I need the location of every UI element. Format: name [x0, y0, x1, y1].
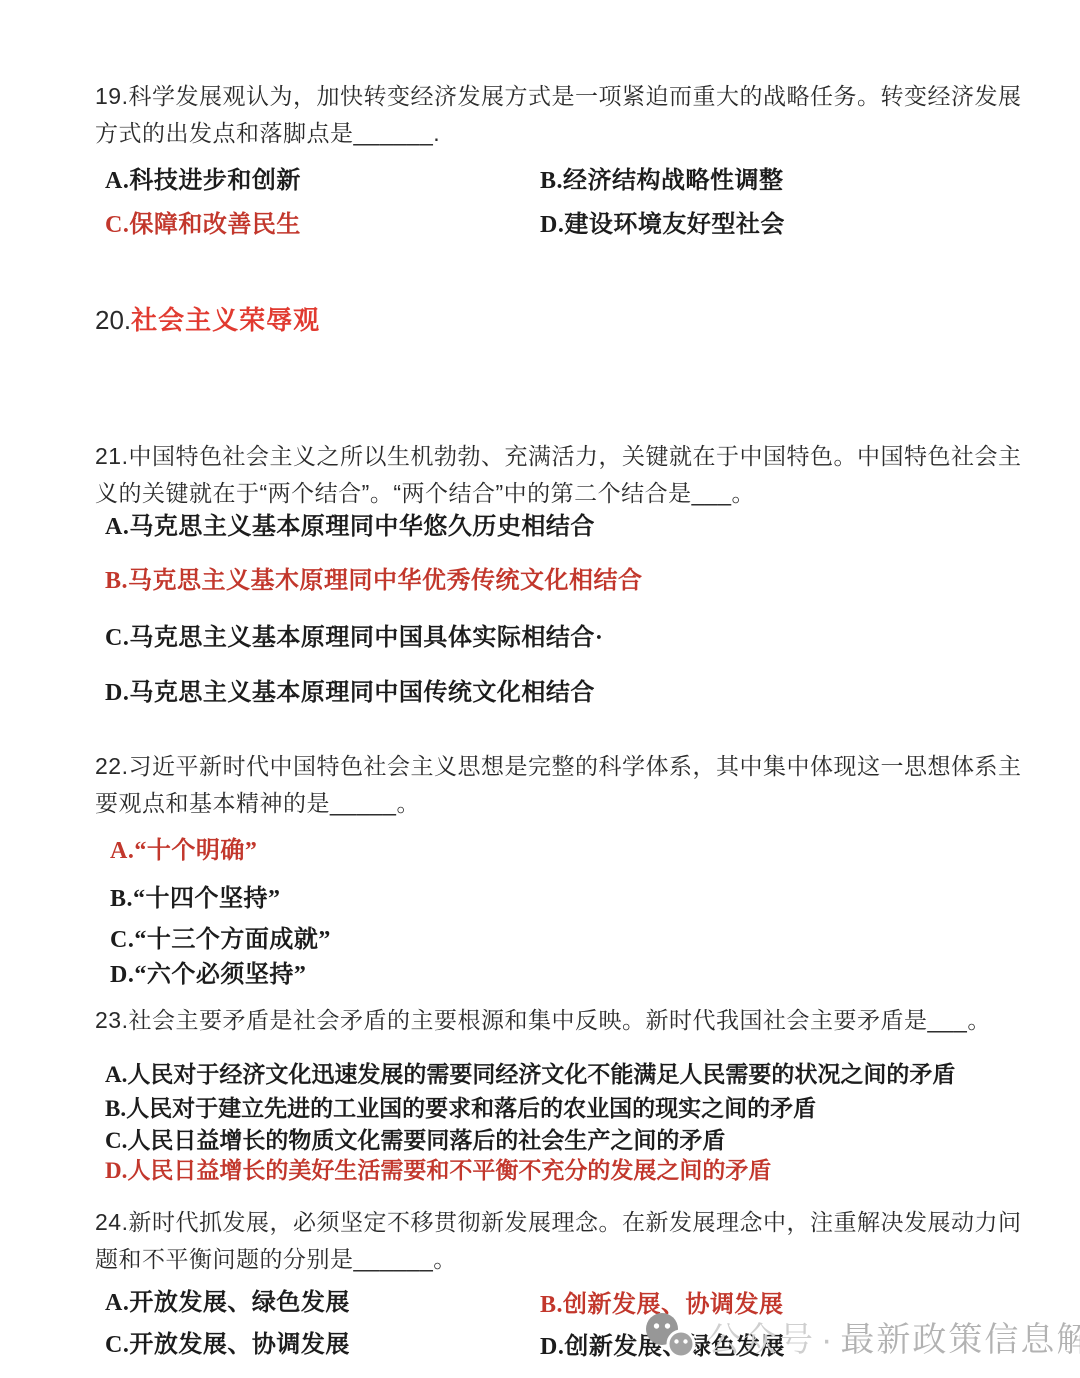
question-21-option-c: C.马克思主义基本原理同中国具体实际相结合· — [105, 623, 603, 653]
question-22-stem: 22.习近平新时代中国特色社会主义思想是完整的科学体系，其中集中体现这一思想体系… — [95, 748, 1025, 822]
question-24-stem: 24.新时代抓发展，必须坚定不移贯彻新发展理念。在新发展理念中，注重解决发展动力… — [95, 1204, 1025, 1278]
question-23-option-b: B.人民对于建立先进的工业国的要求和落后的农业国的现实之间的矛盾 — [105, 1094, 816, 1124]
question-21-option-a: A.马克思主义基本原理同中华悠久历史相结合 — [105, 512, 595, 542]
question-20-heading: 20.社会主义荣辱观 — [95, 300, 320, 337]
question-20-number: 20. — [95, 305, 131, 335]
question-23-option-a: A.人民对于经济文化迅速发展的需要同经济文化不能满足人民需要的状况之间的矛盾 — [105, 1060, 955, 1090]
question-19-option-c-correct: C.保障和改善民生 — [105, 210, 301, 240]
question-22-option-b: B.“十四个坚持” — [110, 884, 281, 914]
watermark-channel-name: 最新政策信息解读 — [840, 1321, 1080, 1359]
question-24-option-c: C.开放发展、协调发展 — [105, 1330, 350, 1360]
wechat-icon — [645, 1313, 697, 1361]
question-23-option-d-correct: D.人民日益增长的美好生活需要和不平衡不充分的发展之间的矛盾 — [105, 1156, 771, 1186]
question-22-option-a-correct: A.“十个明确” — [110, 836, 257, 866]
question-19-option-a: A.科技进步和创新 — [105, 166, 301, 196]
question-19-option-d: D.建设环境友好型社会 — [540, 210, 785, 240]
question-22-option-d: D.“六个必须坚持” — [110, 960, 306, 990]
watermark-text: 公众号·最新政策信息解读 — [707, 1312, 1080, 1361]
exam-answer-sheet-page: 19.科学发展观认为，加快转变经济发展方式是一项紧迫而重大的战略任务。转变经济发… — [0, 0, 1080, 1378]
question-22-option-c: C.“十三个方面成就” — [110, 925, 331, 955]
question-21-option-d: D.马克思主义基本原理同中国传统文化相结合 — [105, 678, 595, 708]
question-20-title: 社会主义荣辱观 — [131, 305, 320, 335]
question-23-option-c: C.人民日益增长的物质文化需要同落后的社会生产之间的矛盾 — [105, 1126, 725, 1156]
question-23-stem: 23.社会主要矛盾是社会矛盾的主要根源和集中反映。新时代我国社会主要矛盾是___… — [95, 1002, 1025, 1039]
watermark-account-label: 公众号 — [707, 1321, 815, 1359]
watermark-separator: · — [815, 1321, 840, 1359]
question-19-option-b: B.经济结构战略性调整 — [540, 166, 784, 196]
question-24-option-a: A.开放发展、绿色发展 — [105, 1288, 350, 1318]
question-19-stem: 19.科学发展观认为，加快转变经济发展方式是一项紧迫而重大的战略任务。转变经济发… — [95, 78, 1025, 152]
question-21-option-b-correct: B.马克思主义基木原理同中华优秀传统文化相结合 — [105, 566, 643, 596]
watermark: 公众号·最新政策信息解读 — [645, 1312, 1080, 1361]
question-21-stem: 21.中国特色社会主义之所以生机勃勃、充满活力，关键就在于中国特色。中国特色社会… — [95, 438, 1025, 512]
